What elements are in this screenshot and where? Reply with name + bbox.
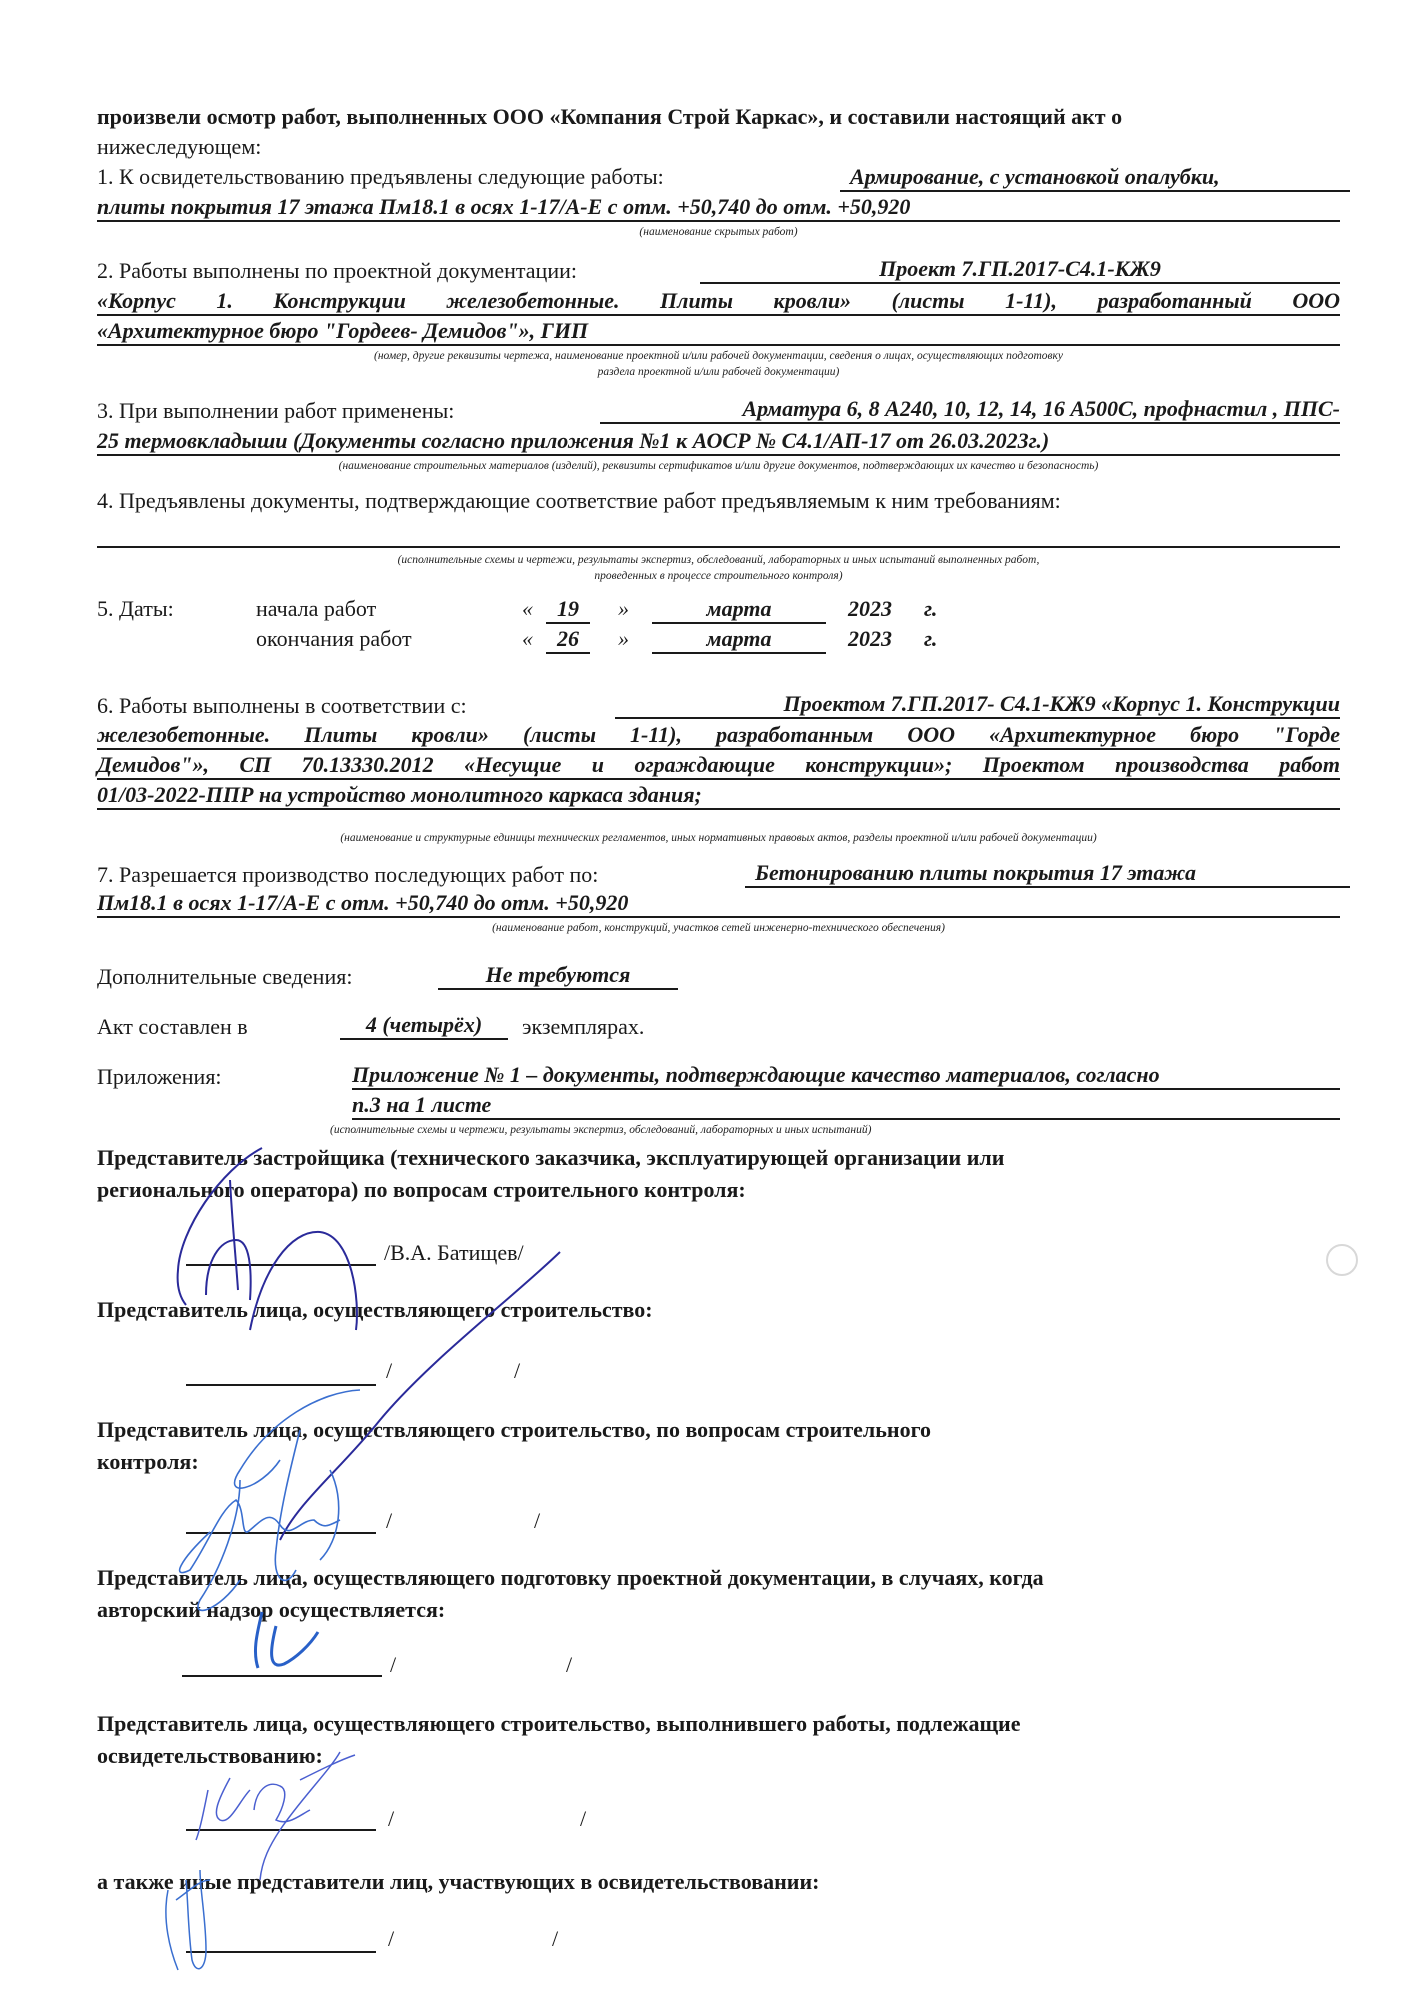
date-end-open-quote: « bbox=[522, 626, 533, 652]
signatory-1-name: /В.А. Батищев/ bbox=[384, 1240, 524, 1266]
section1-value-line2: плиты покрытия 17 этажа Пм18.1 в осях 1-… bbox=[97, 194, 1340, 222]
date-start-open-quote: « bbox=[522, 596, 533, 622]
signatory-5-name-close: / bbox=[580, 1806, 586, 1832]
intro-text: произвели осмотр работ, выполненных ООО … bbox=[97, 104, 1122, 129]
section3-value-line2: 25 термовкладыши (Документы согласно при… bbox=[97, 428, 1340, 456]
signatory-5-title: Представитель лица, осуществляющего стро… bbox=[97, 1708, 1020, 1772]
signature-1-icon bbox=[178, 1148, 560, 1540]
signatory-3-title-line2: контроля: bbox=[97, 1446, 931, 1478]
section2-label: 2. Работы выполнены по проектной докумен… bbox=[97, 258, 577, 284]
date-start-suffix: г. bbox=[924, 596, 937, 622]
signatory-2-name-open: / bbox=[386, 1358, 392, 1384]
signatory-3-title: Представитель лица, осуществляющего стро… bbox=[97, 1414, 931, 1478]
signatory-4-title-line2: авторский надзор осуществляется: bbox=[97, 1594, 1044, 1626]
date-end-year: 2023 bbox=[848, 626, 892, 652]
additional-value: Не требуются bbox=[438, 962, 678, 990]
signatory-3-title-line1: Представитель лица, осуществляющего стро… bbox=[97, 1414, 931, 1446]
signatory-6-name-open: / bbox=[388, 1926, 394, 1952]
attachments-caption: (исполнительные схемы и чертежи, результ… bbox=[330, 1124, 1130, 1136]
intro-line-2: нижеследующем: bbox=[97, 134, 261, 160]
copies-suffix: экземплярах. bbox=[522, 1014, 644, 1040]
signatory-1-title-line1: Представитель застройщика (технического … bbox=[97, 1142, 1004, 1174]
section5-label: 5. Даты: bbox=[97, 596, 174, 622]
section6-value-line2: железобетонные. Плиты кровли» (листы 1-1… bbox=[97, 722, 1340, 750]
signatory-3-name-close: / bbox=[534, 1508, 540, 1534]
signatory-2-title: Представитель лица, осуществляющего стро… bbox=[97, 1294, 653, 1326]
signatory-5-title-line1: Представитель лица, осуществляющего стро… bbox=[97, 1708, 1020, 1740]
section1-label: 1. К освидетельствованию предъявлены сле… bbox=[97, 164, 664, 190]
date-start-label: начала работ bbox=[256, 596, 376, 622]
section3-caption: (наименование строительных материалов (и… bbox=[97, 460, 1340, 472]
signatory-2-name-close: / bbox=[514, 1358, 520, 1384]
section2-value-line2: «Корпус 1. Конструкции железобетонные. П… bbox=[97, 288, 1340, 316]
signatory-4-title-line1: Представитель лица, осуществляющего подг… bbox=[97, 1562, 1044, 1594]
section4-caption-1: (исполнительные схемы и чертежи, результ… bbox=[97, 554, 1340, 566]
date-end-suffix: г. bbox=[924, 626, 937, 652]
intro-line-1: произвели осмотр работ, выполненных ООО … bbox=[97, 104, 1122, 130]
date-end-month: марта bbox=[652, 626, 826, 654]
copies-label: Акт составлен в bbox=[97, 1014, 248, 1040]
additional-label: Дополнительные сведения: bbox=[97, 964, 352, 990]
attachments-value-line1: Приложение № 1 – документы, подтверждающ… bbox=[352, 1062, 1340, 1090]
signatory-2-title-line1: Представитель лица, осуществляющего стро… bbox=[97, 1294, 653, 1326]
date-end-close-quote: » bbox=[618, 626, 629, 652]
section2-value-line3: «Архитектурное бюро "Гордеев- Демидов"»,… bbox=[97, 318, 1340, 346]
copies-value: 4 (четырёх) bbox=[340, 1012, 508, 1040]
date-start-close-quote: » bbox=[618, 596, 629, 622]
signatory-5-signature-line bbox=[186, 1829, 376, 1831]
section4-label: 4. Предъявлены документы, подтверждающие… bbox=[97, 488, 1061, 514]
section2-value-line1: Проект 7.ГП.2017-С4.1-КЖ9 bbox=[700, 256, 1340, 284]
signatory-4-name-open: / bbox=[390, 1652, 396, 1678]
signatory-5-title-line2: освидетельствованию: bbox=[97, 1740, 1020, 1772]
date-end-day: 26 bbox=[546, 626, 590, 654]
section3-value-line1: Арматура 6, 8 А240, 10, 12, 14, 16 А500С… bbox=[600, 396, 1340, 424]
section6-value-line4: 01/03-2022-ППР на устройство монолитного… bbox=[97, 782, 1340, 810]
signatory-4-name-close: / bbox=[566, 1652, 572, 1678]
signatory-6-title: а также иные представители лиц, участвую… bbox=[97, 1866, 819, 1898]
signatory-1-title: Представитель застройщика (технического … bbox=[97, 1142, 1004, 1206]
signatory-3-name-open: / bbox=[386, 1508, 392, 1534]
section7-value-line1: Бетонированию плиты покрытия 17 этажа bbox=[745, 860, 1350, 888]
section2-caption-2: раздела проектной и/или рабочей документ… bbox=[97, 366, 1340, 378]
section7-caption: (наименование работ, конструкций, участк… bbox=[97, 922, 1340, 934]
date-start-month: марта bbox=[652, 596, 826, 624]
signatory-6-signature-line bbox=[186, 1951, 376, 1953]
section6-label: 6. Работы выполнены в соответствии с: bbox=[97, 693, 467, 719]
section2-caption-1: (номер, другие реквизиты чертежа, наимен… bbox=[97, 350, 1340, 362]
section3-label: 3. При выполнении работ применены: bbox=[97, 398, 454, 424]
signatory-6-name-close: / bbox=[552, 1926, 558, 1952]
signatory-6-title-line1: а также иные представители лиц, участвую… bbox=[97, 1866, 819, 1898]
section6-value-line3: Демидов"», СП 70.13330.2012 «Несущие и о… bbox=[97, 752, 1340, 780]
signatory-4-signature-line bbox=[182, 1675, 382, 1677]
section4-value bbox=[97, 520, 1340, 548]
scan-artifact-circle bbox=[1326, 1244, 1358, 1276]
section1-value-line1: Армирование, с установкой опалубки, bbox=[840, 164, 1350, 192]
signatory-1-title-line2: регионального оператора) по вопросам стр… bbox=[97, 1174, 1004, 1206]
section6-caption: (наименование и структурные единицы техн… bbox=[97, 832, 1340, 844]
signatory-5-name-open: / bbox=[388, 1806, 394, 1832]
section1-caption: (наименование скрытых работ) bbox=[97, 226, 1340, 238]
signatory-1-signature-line bbox=[186, 1264, 376, 1266]
signatory-3-signature-line bbox=[186, 1532, 376, 1534]
section4-caption-2: проведенных в процессе строительного кон… bbox=[97, 570, 1340, 582]
attachments-label: Приложения: bbox=[97, 1064, 222, 1090]
signatory-4-title: Представитель лица, осуществляющего подг… bbox=[97, 1562, 1044, 1626]
section7-value-line2: Пм18.1 в осях 1-17/А-Е с отм. +50,740 до… bbox=[97, 890, 1340, 918]
date-end-label: окончания работ bbox=[256, 626, 412, 652]
signatory-2-signature-line bbox=[186, 1384, 376, 1386]
date-start-year: 2023 bbox=[848, 596, 892, 622]
date-start-day: 19 bbox=[546, 596, 590, 624]
section7-label: 7. Разрешается производство последующих … bbox=[97, 862, 598, 888]
attachments-value-line2: п.3 на 1 листе bbox=[352, 1092, 1340, 1120]
section6-value-line1: Проектом 7.ГП.2017- С4.1-КЖ9 «Корпус 1. … bbox=[615, 691, 1340, 719]
